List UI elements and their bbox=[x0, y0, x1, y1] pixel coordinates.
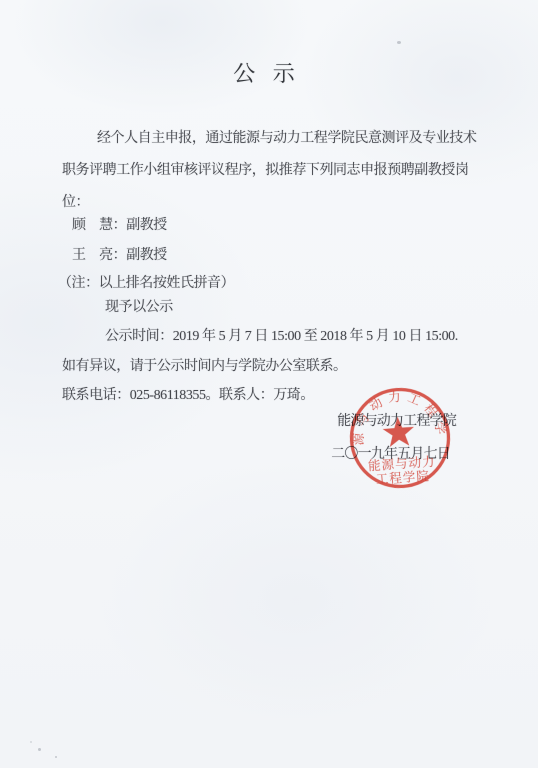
seal-center-line2: 工程学院 bbox=[375, 469, 430, 487]
star-icon bbox=[382, 416, 415, 448]
page-title: 公 示 bbox=[62, 57, 472, 88]
official-red-seal: 能源与动力工程学院 能源与动力 工程学院 bbox=[340, 378, 460, 498]
note-line: （注：以上排名按姓氏拼音） bbox=[58, 272, 234, 292]
seal-icon: 能源与动力工程学院 能源与动力 工程学院 bbox=[340, 378, 460, 498]
paragraph-line: 位： bbox=[62, 191, 89, 211]
paragraph-line: 职务评聘工作小组审核评议程序，拟推荐下列同志申报预聘副教授岗 bbox=[62, 159, 469, 179]
paper-speck bbox=[30, 741, 32, 743]
announcement-line: 现予以公示 bbox=[105, 296, 173, 316]
publicity-period-line: 公示时间：2019 年 5 月 7 日 15:00 至 2018 年 5 月 1… bbox=[105, 325, 458, 345]
paragraph-line: 经个人自主申报，通过能源与动力工程学院民意测评及专业技术 bbox=[62, 127, 476, 147]
paper-speck bbox=[397, 41, 401, 44]
contact-line: 联系电话：025-86118355。联系人：万琦。 bbox=[62, 384, 314, 404]
candidate-line: 顾 慧：副教授 bbox=[72, 214, 167, 234]
scanned-announcement-page: 公 示 经个人自主申报，通过能源与动力工程学院民意测评及专业技术 职务评聘工作小… bbox=[0, 0, 538, 768]
paper-speck bbox=[38, 748, 41, 751]
candidate-line: 王 亮：副教授 bbox=[72, 244, 167, 264]
paper-speck bbox=[55, 756, 57, 758]
objection-line: 如有异议，请于公示时间内与学院办公室联系。 bbox=[62, 355, 347, 375]
